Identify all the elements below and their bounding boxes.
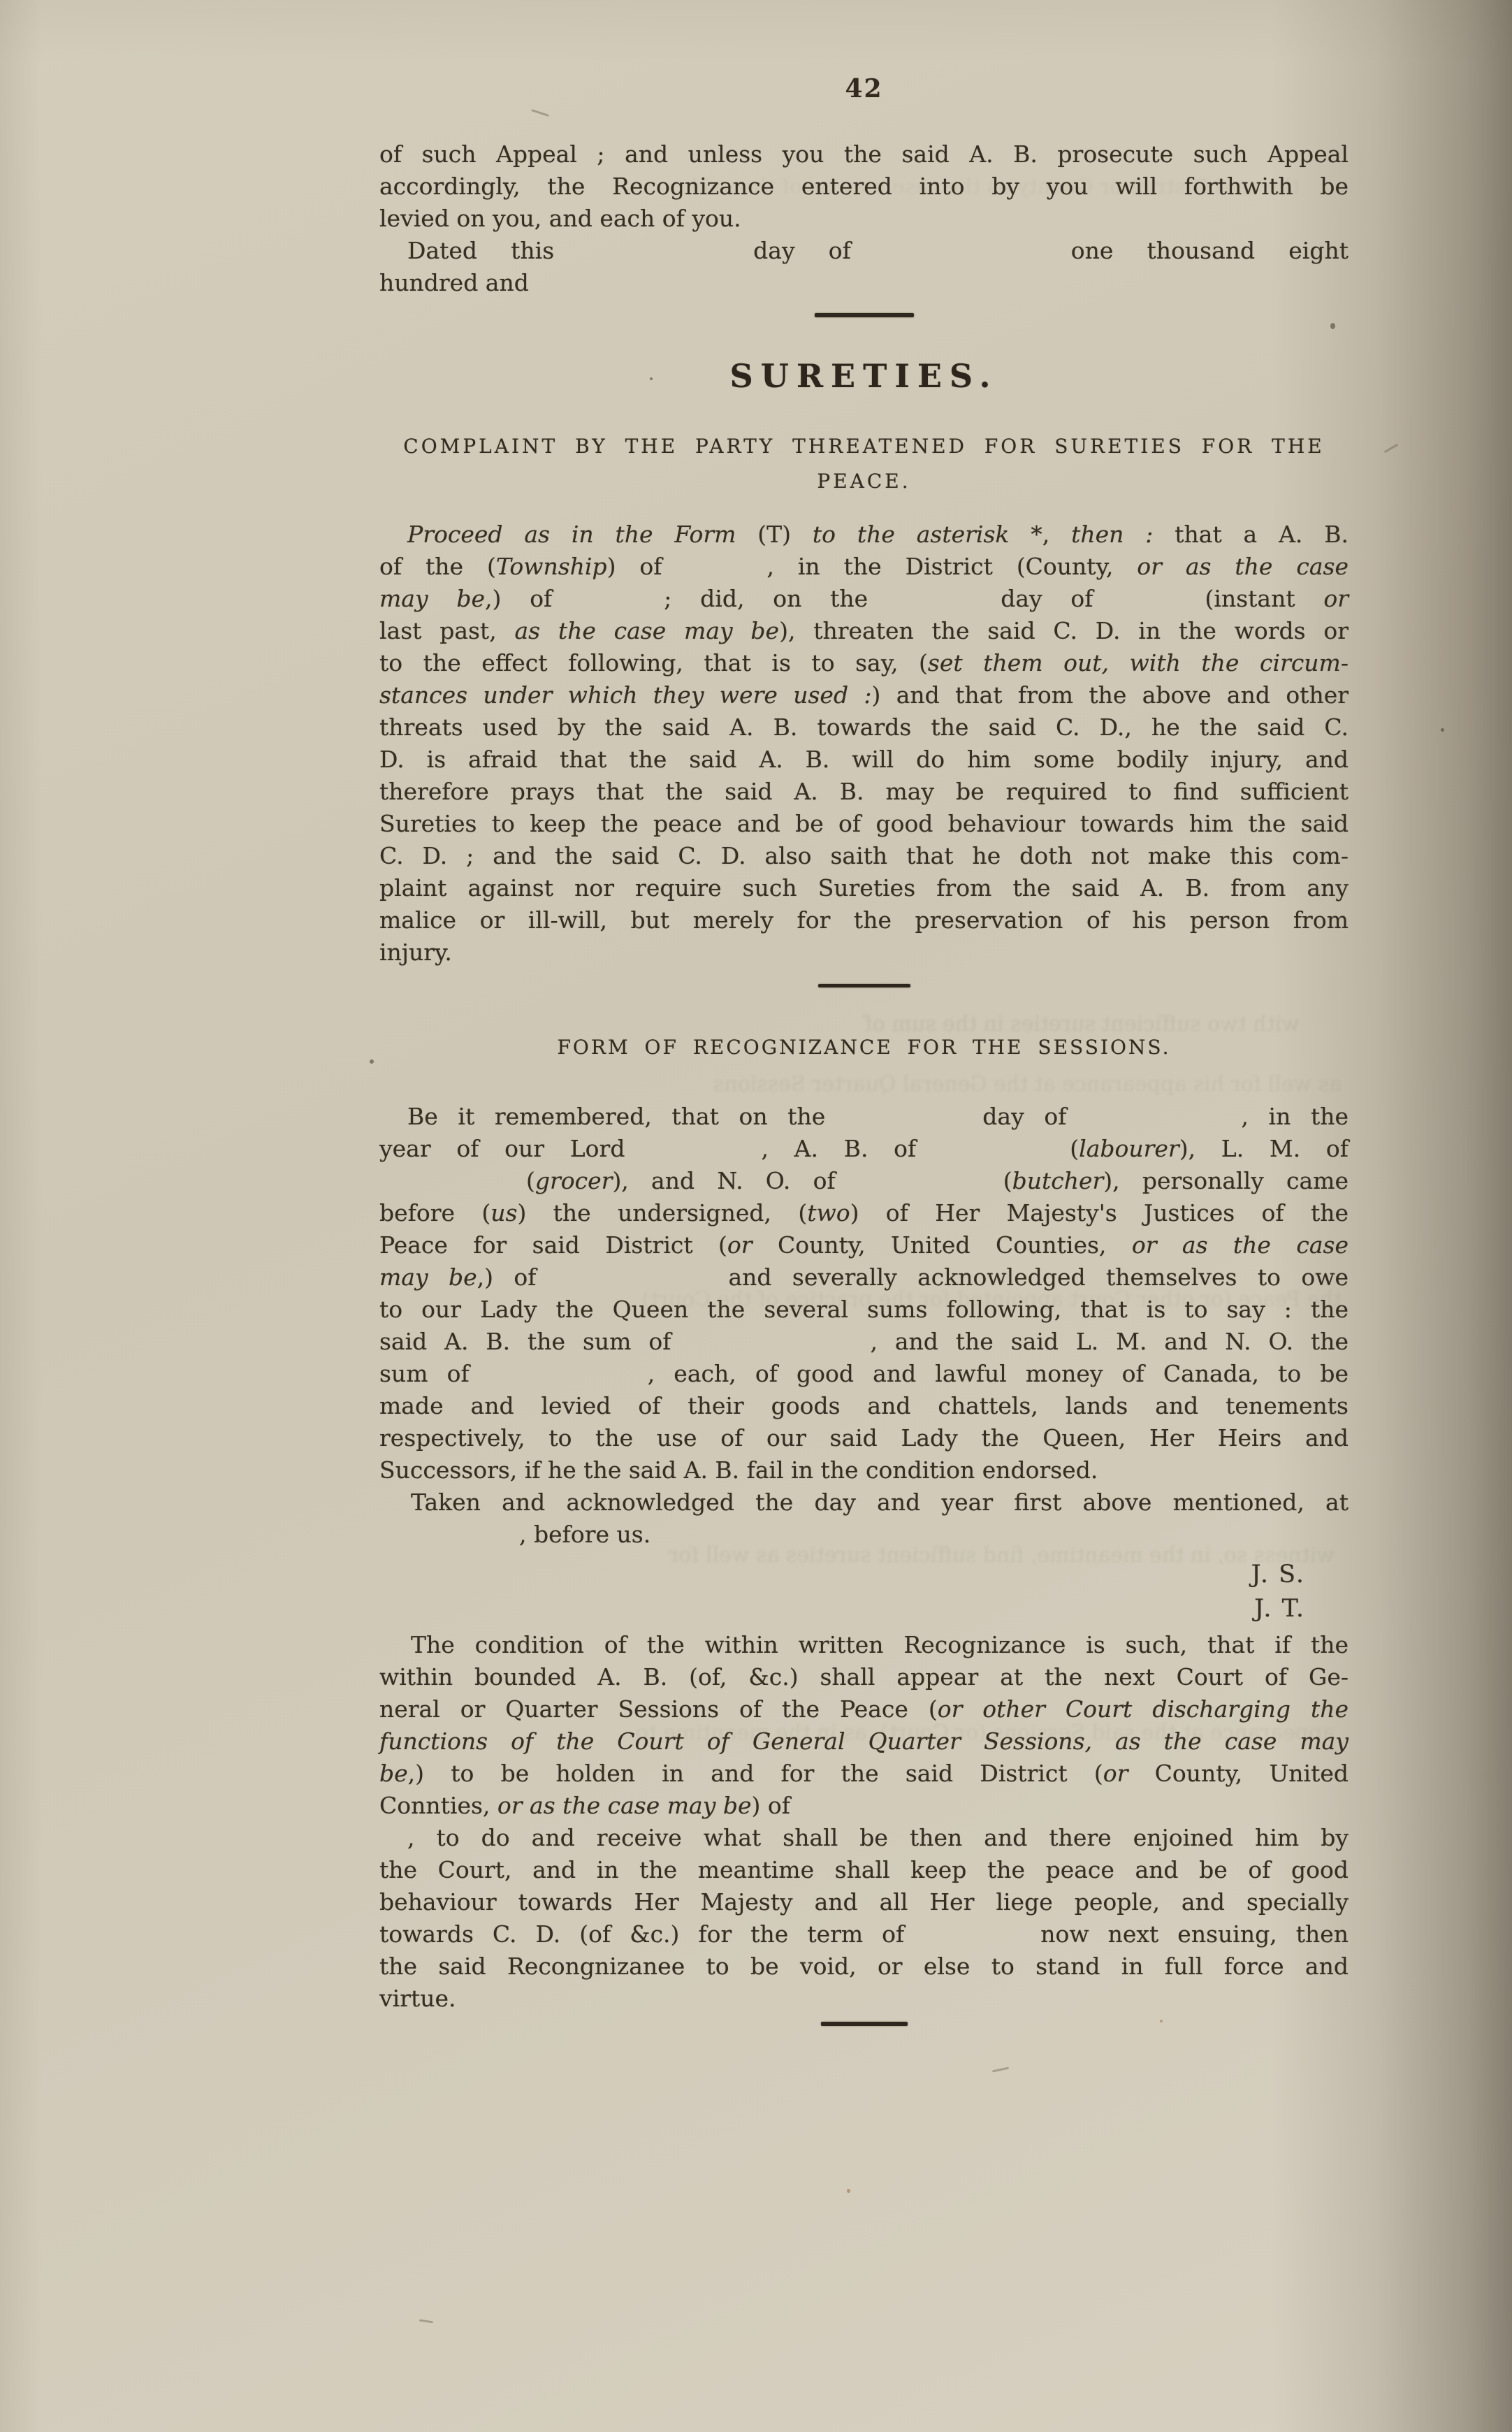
complaint-paragraph: Proceed as in the Form (T) to the asteri…	[379, 519, 1349, 969]
text-line: injury.	[379, 936, 1349, 969]
text-segment: ), L. M. of	[1179, 1135, 1349, 1162]
end-divider-rule	[821, 2022, 908, 2026]
text-segment: functions of the Court of General Quarte…	[379, 1728, 1349, 1755]
text-segment: the Court, and in the meantime shall kee…	[379, 1856, 1349, 1883]
fill-in-blank	[868, 605, 1001, 607]
text-line: to our Lady the Queen the several sums f…	[379, 1294, 1349, 1326]
complaint-subheading-line2: PEACE.	[379, 464, 1349, 499]
text-line: made and levied of their goods and chatt…	[379, 1390, 1349, 1422]
text-segment: to the effect following, that is to say,…	[379, 649, 928, 676]
text-segment: C. D. ; and the said C. D. also saith th…	[379, 842, 1349, 869]
text-line: of the (Township) of, in the District (C…	[379, 551, 1349, 583]
appeal-continuation-paragraph: of such Appeal ; and unless you the said…	[379, 138, 1349, 299]
paper-speck	[1441, 728, 1444, 732]
fill-in-blank	[554, 257, 753, 259]
text-line: last past, as the case may be), threaten…	[379, 615, 1349, 647]
text-segment: ), threaten the said C. D. in the words …	[779, 617, 1349, 644]
text-segment: one thousand eight	[1071, 237, 1349, 264]
text-line: malice or ill-will, but merely for the p…	[379, 904, 1349, 936]
signature-initials: J. S.	[379, 1558, 1305, 1592]
text-segment: may be	[379, 585, 485, 612]
text-segment: be	[379, 1760, 408, 1787]
text-segment: stances under which they were used :	[379, 681, 872, 709]
fill-in-blank	[625, 1155, 761, 1157]
text-segment: day of	[1001, 585, 1093, 612]
text-segment: ) the undersigned, (	[517, 1199, 807, 1226]
text-segment: or as the case	[1137, 553, 1349, 580]
page-number: 42	[379, 74, 1349, 103]
paper-fibre	[992, 2067, 1009, 2073]
text-segment: ) of	[607, 553, 662, 580]
text-line: sum of, each, of good and lawful money o…	[379, 1358, 1349, 1390]
text-line: Be it remembered, that on theday of, in …	[379, 1101, 1349, 1133]
text-line: hundred and	[379, 267, 1349, 299]
text-segment: now next ensuing, then	[1040, 1920, 1349, 1948]
text-segment: sum of	[379, 1360, 470, 1387]
text-line: the Court, and in the meantime shall kee…	[379, 1854, 1349, 1886]
text-line: the said Recongnizanee to be void, or el…	[379, 1950, 1349, 1983]
text-segment: (	[526, 1167, 535, 1194]
text-segment: year of our Lord	[379, 1135, 625, 1162]
text-segment: , A. B. of	[761, 1135, 916, 1162]
text-segment: accordingly, the Recognizance entered in…	[379, 173, 1349, 200]
text-segment: County, United Counties,	[753, 1231, 1132, 1259]
text-segment: Dated this	[407, 237, 554, 264]
text-line: before (us) the undersigned, (two) of He…	[379, 1197, 1349, 1229]
text-line: said A. B. the sum of, and the said L. M…	[379, 1326, 1349, 1358]
fill-in-blank	[379, 1187, 526, 1189]
text-segment: or as the case may be	[497, 1792, 752, 1819]
text-segment: ; did, on the	[664, 585, 868, 612]
text-line: Taken and acknowledged the day and year …	[379, 1486, 1349, 1519]
text-line: neral or Quarter Sessions of the Peace (…	[379, 1693, 1349, 1725]
text-line: , to do and receive what shall be then a…	[379, 1822, 1349, 1854]
text-segment: before (	[379, 1199, 490, 1226]
section-divider-rule	[815, 313, 914, 317]
fill-in-blank	[825, 1123, 982, 1124]
paper-fibre	[1384, 444, 1399, 454]
text-segment: ) of Her Majesty's Justices of the	[850, 1199, 1349, 1226]
text-segment: set them out, with the circum-	[928, 649, 1349, 676]
signature-initials: J. T.	[379, 1592, 1305, 1626]
text-line: (grocer), and N. O. of(butcher), persona…	[379, 1165, 1349, 1197]
text-segment: ) and that from the above and other	[872, 681, 1349, 709]
text-segment: threats used by the said A. B. towards t…	[379, 714, 1349, 741]
text-segment: injury.	[379, 939, 452, 966]
fill-in-blank	[836, 1187, 1003, 1189]
text-segment: or	[727, 1231, 753, 1259]
text-segment: of the (	[379, 553, 496, 580]
text-segment: Sureties to keep the peace and be of goo…	[379, 810, 1349, 837]
text-segment: and severally acknowledged themselves to…	[728, 1264, 1349, 1291]
text-segment: , before us.	[519, 1521, 650, 1548]
fill-in-blank	[671, 1348, 870, 1349]
text-segment: D. is afraid that the said A. B. will do…	[379, 746, 1349, 773]
text-segment: plaint against nor require such Sureties…	[379, 874, 1349, 902]
text-line: The condition of the within written Reco…	[379, 1629, 1349, 1661]
text-segment: respectively, to the use of our said Lad…	[379, 1424, 1349, 1452]
text-line: Proceed as in the Form (T) to the asteri…	[379, 519, 1349, 551]
text-line: Dated thisday ofone thousand eight	[379, 235, 1349, 267]
text-segment: us	[490, 1199, 517, 1226]
text-segment: said A. B. the sum of	[379, 1328, 671, 1355]
text-line: towards C. D. (of &c.) for the term ofno…	[379, 1918, 1349, 1950]
text-line: Peace for said District (or County, Unit…	[379, 1229, 1349, 1261]
text-segment: to our Lady the Queen the several sums f…	[379, 1296, 1349, 1323]
text-segment: (	[1003, 1167, 1012, 1194]
text-line: respectively, to the use of our said Lad…	[379, 1422, 1349, 1454]
text-segment: The condition of the within written Reco…	[411, 1631, 1349, 1658]
text-line: stances under which they were used :) an…	[379, 679, 1349, 711]
text-segment: , in the	[1241, 1103, 1349, 1130]
complaint-subheading-line1: COMPLAINT BY THE PARTY THREATENED FOR SU…	[379, 429, 1349, 464]
text-segment: , to do and receive what shall be then a…	[407, 1824, 1349, 1851]
condition-paragraph: The condition of the within written Reco…	[379, 1629, 1349, 2015]
complaint-subheading: COMPLAINT BY THE PARTY THREATENED FOR SU…	[379, 429, 1349, 499]
text-line: threats used by the said A. B. towards t…	[379, 711, 1349, 744]
text-segment: day of	[982, 1103, 1066, 1130]
text-line: Connties, or as the case may be) of	[379, 1790, 1349, 1822]
fill-in-blank	[536, 1284, 728, 1285]
text-segment: or as the case	[1132, 1231, 1349, 1259]
fill-in-blank	[552, 605, 664, 607]
text-segment: as the case may be	[514, 617, 779, 644]
text-segment: Connties,	[379, 1792, 497, 1819]
text-line: to the effect following, that is to say,…	[379, 647, 1349, 679]
text-segment: behaviour towards Her Majesty and all He…	[379, 1888, 1349, 1916]
fill-in-blank	[662, 573, 766, 574]
text-segment: , in the District (County,	[766, 553, 1137, 580]
text-segment: therefore prays that the said A. B. may …	[379, 778, 1349, 805]
text-line: functions of the Court of General Quarte…	[379, 1725, 1349, 1758]
text-segment: butcher	[1012, 1167, 1104, 1194]
text-segment: neral or Quarter Sessions of the Peace (	[379, 1695, 938, 1723]
text-line: within bounded A. B. (of, &c.) shall app…	[379, 1661, 1349, 1693]
text-line: accordingly, the Recognizance entered in…	[379, 171, 1349, 203]
text-line: may be,) of; did, on theday of(instant o…	[379, 583, 1349, 615]
text-segment: ,) to be holden in and for the said Dist…	[408, 1760, 1103, 1787]
text-segment: Taken and acknowledged the day and year …	[411, 1489, 1349, 1516]
text-segment: within bounded A. B. (of, &c.) shall app…	[379, 1663, 1349, 1691]
text-line: may be,) ofand severally acknowledged th…	[379, 1261, 1349, 1294]
text-segment: ), and N. O. of	[612, 1167, 835, 1194]
section-divider-rule	[818, 984, 910, 987]
text-segment: ,) of	[485, 585, 552, 612]
sureties-heading: SURETIES.	[379, 356, 1349, 396]
text-segment: Successors, if he the said A. B. fail in…	[379, 1456, 1098, 1484]
page-content: 42 of such Appeal ; and unless you the s…	[379, 0, 1349, 2026]
text-segment: then :	[1071, 521, 1153, 548]
text-line: of such Appeal ; and unless you the said…	[379, 138, 1349, 171]
scanned-page: the said District or County as the case …	[0, 0, 1512, 2432]
text-segment: *,	[1009, 521, 1071, 548]
text-segment: (	[1070, 1135, 1079, 1162]
text-segment: or other Court discharging the	[938, 1695, 1349, 1723]
text-segment: ,) of	[477, 1264, 537, 1291]
fill-in-blank	[904, 1941, 1040, 1942]
text-segment: or	[1103, 1760, 1128, 1787]
text-segment: hundred and	[379, 269, 529, 296]
text-segment: day of	[753, 237, 851, 264]
text-segment: may be	[379, 1264, 477, 1291]
recognizance-heading: FORM OF RECOGNIZANCE FOR THE SESSIONS.	[379, 1034, 1349, 1062]
text-line: C. D. ; and the said C. D. also saith th…	[379, 840, 1349, 872]
text-segment: or	[1323, 585, 1349, 612]
fill-in-blank	[851, 257, 1071, 259]
fill-in-blank	[470, 1380, 648, 1382]
text-segment: virtue.	[379, 1985, 456, 2012]
text-segment: made and levied of their goods and chatt…	[379, 1392, 1349, 1419]
paper-speck	[847, 2189, 850, 2193]
text-line: , before us.	[379, 1519, 1349, 1551]
text-segment: two	[807, 1199, 850, 1226]
text-line: Sureties to keep the peace and be of goo…	[379, 808, 1349, 840]
text-segment: of such Appeal ; and unless you the said…	[379, 140, 1349, 168]
text-segment: Peace for said District (	[379, 1231, 727, 1259]
text-line: Successors, if he the said A. B. fail in…	[379, 1454, 1349, 1486]
text-segment: Township	[496, 553, 607, 580]
text-segment: towards C. D. (of &c.) for the term of	[379, 1920, 904, 1948]
text-segment: (T)	[736, 521, 812, 548]
justice-signatures: J. S. J. T.	[379, 1558, 1349, 1626]
text-segment: malice or ill-will, but merely for the p…	[379, 906, 1349, 934]
text-segment: labourer	[1079, 1135, 1179, 1162]
text-segment: to the asterisk	[813, 521, 1010, 548]
text-line: plaint against nor require such Sureties…	[379, 872, 1349, 904]
text-segment: ) of	[752, 1792, 790, 1819]
text-line: D. is afraid that the said A. B. will do…	[379, 744, 1349, 776]
text-segment: (instant	[1205, 585, 1324, 612]
text-line: be,) to be holden in and for the said Di…	[379, 1758, 1349, 1790]
paper-speck	[370, 1059, 374, 1064]
text-segment: levied on you, and each of you.	[379, 205, 741, 232]
text-line: therefore prays that the said A. B. may …	[379, 776, 1349, 808]
text-segment: the said Recongnizanee to be void, or el…	[379, 1953, 1349, 1980]
text-segment: Proceed as in the Form	[407, 521, 736, 548]
text-line: year of our Lord, A. B. of(labourer), L.…	[379, 1133, 1349, 1165]
fill-in-blank	[1093, 605, 1205, 607]
text-segment: ), personally came	[1103, 1167, 1349, 1194]
text-segment: that a A. B.	[1153, 521, 1349, 548]
text-segment: grocer	[535, 1167, 613, 1194]
text-segment: County, United	[1128, 1760, 1349, 1787]
text-line: behaviour towards Her Majesty and all He…	[379, 1886, 1349, 1918]
text-segment: , and the said L. M. and N. O. the	[870, 1328, 1349, 1355]
recognizance-paragraph: Be it remembered, that on theday of, in …	[379, 1101, 1349, 1551]
text-segment: , each, of good and lawful money of Cana…	[648, 1360, 1349, 1387]
text-line: virtue.	[379, 1983, 1349, 2015]
text-segment: last past,	[379, 617, 514, 644]
text-line: levied on you, and each of you.	[379, 203, 1349, 235]
fill-in-blank	[1066, 1123, 1241, 1124]
fill-in-blank	[916, 1155, 1070, 1157]
paper-fibre	[419, 2319, 433, 2324]
text-segment: Be it remembered, that on the	[407, 1103, 825, 1130]
